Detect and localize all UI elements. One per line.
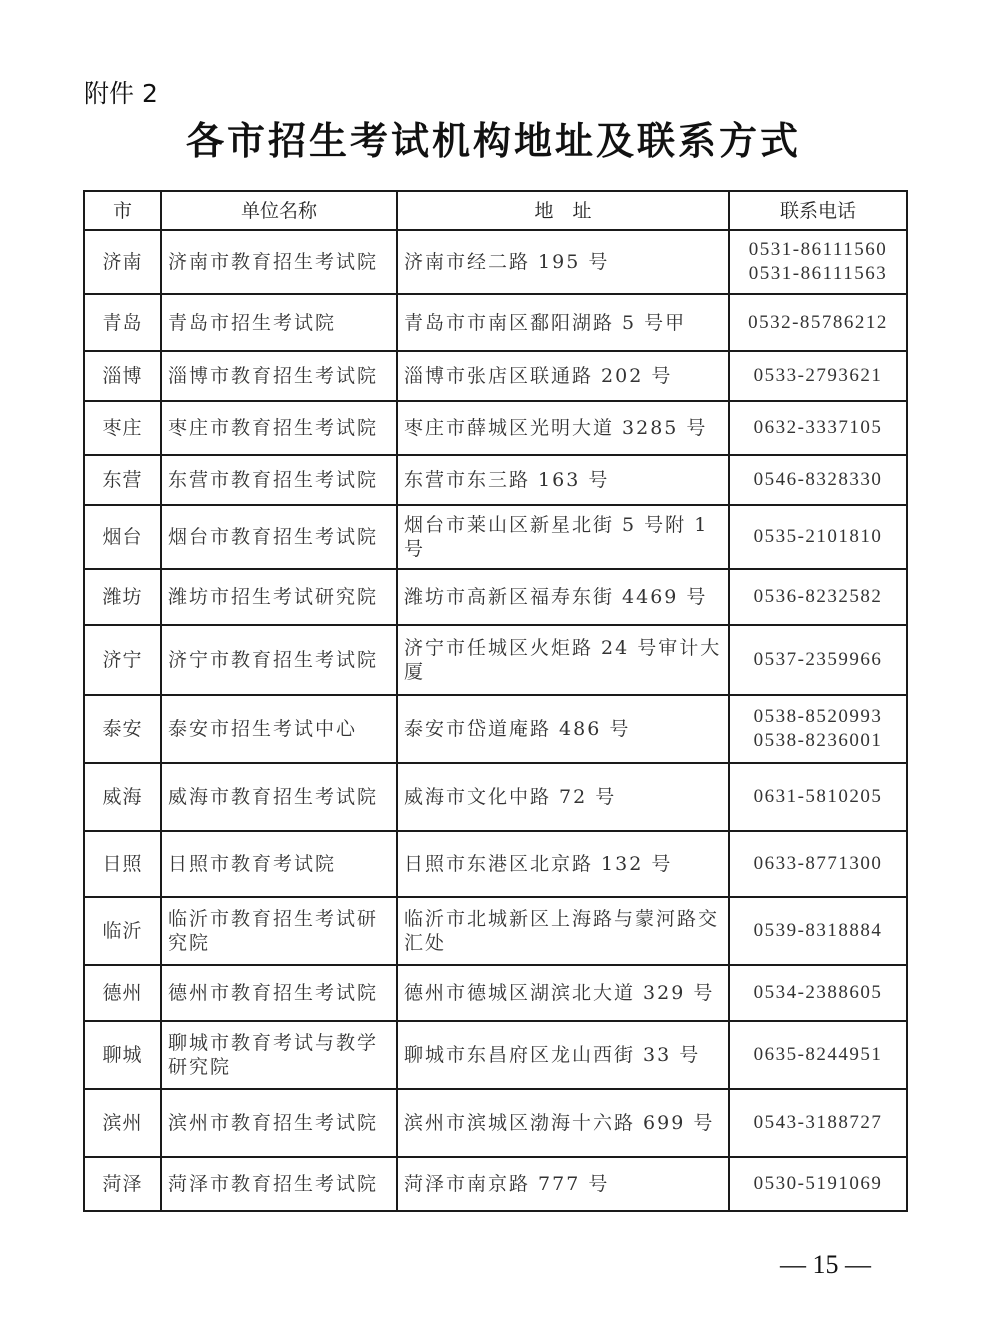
table-row: 东营东营市教育招生考试院东营市东三路 163 号0546-8328330 xyxy=(84,455,907,505)
table-row: 济南济南市教育招生考试院济南市经二路 195 号0531-86111560053… xyxy=(84,230,907,294)
address-cell: 临沂市北城新区上海路与蒙河路交汇处 xyxy=(397,897,729,965)
address-cell: 青岛市市南区鄱阳湖路 5 号甲 xyxy=(397,294,729,351)
city-cell: 青岛 xyxy=(84,294,161,351)
phone-number: 0536-8232582 xyxy=(736,585,900,609)
address-cell: 威海市文化中路 72 号 xyxy=(397,763,729,831)
phone-cell: 0539-8318884 xyxy=(729,897,907,965)
address-cell: 烟台市莱山区新星北街 5 号附 1 号 xyxy=(397,505,729,569)
table-row: 济宁济宁市教育招生考试院济宁市任城区火炬路 24 号审计大厦0537-23599… xyxy=(84,625,907,695)
city-cell: 泰安 xyxy=(84,695,161,763)
table-row: 滨州滨州市教育招生考试院滨州市滨城区渤海十六路 699 号0543-318872… xyxy=(84,1089,907,1157)
city-cell: 临沂 xyxy=(84,897,161,965)
table-row: 聊城聊城市教育考试与教学研究院聊城市东昌府区龙山西街 33 号0635-8244… xyxy=(84,1021,907,1089)
table-row: 威海威海市教育招生考试院威海市文化中路 72 号0631-5810205 xyxy=(84,763,907,831)
page-number: — 15 — xyxy=(780,1250,871,1280)
address-cell: 济南市经二路 195 号 xyxy=(397,230,729,294)
page-title: 各市招生考试机构地址及联系方式 xyxy=(0,110,987,165)
unit-name-cell: 青岛市招生考试院 xyxy=(161,294,397,351)
phone-number: 0533-2793621 xyxy=(736,364,900,388)
unit-name-cell: 菏泽市教育招生考试院 xyxy=(161,1157,397,1211)
city-cell: 东营 xyxy=(84,455,161,505)
address-cell: 济宁市任城区火炬路 24 号审计大厦 xyxy=(397,625,729,695)
phone-cell: 0633-8771300 xyxy=(729,831,907,897)
phone-number: 0530-5191069 xyxy=(736,1172,900,1196)
unit-name-cell: 临沂市教育招生考试研究院 xyxy=(161,897,397,965)
address-cell: 聊城市东昌府区龙山西街 33 号 xyxy=(397,1021,729,1089)
phone-number: 0538-8236001 xyxy=(736,729,900,753)
phone-number: 0632-3337105 xyxy=(736,416,900,440)
table-row: 菏泽菏泽市教育招生考试院菏泽市南京路 777 号0530-5191069 xyxy=(84,1157,907,1211)
unit-name-cell: 济南市教育招生考试院 xyxy=(161,230,397,294)
address-cell: 淄博市张店区联通路 202 号 xyxy=(397,351,729,401)
city-cell: 滨州 xyxy=(84,1089,161,1157)
unit-name-cell: 日照市教育考试院 xyxy=(161,831,397,897)
phone-number: 0546-8328330 xyxy=(736,468,900,492)
address-cell: 东营市东三路 163 号 xyxy=(397,455,729,505)
phone-cell: 0530-5191069 xyxy=(729,1157,907,1211)
header-phone: 联系电话 xyxy=(729,191,907,230)
unit-name-cell: 淄博市教育招生考试院 xyxy=(161,351,397,401)
city-cell: 济南 xyxy=(84,230,161,294)
phone-number: 0537-2359966 xyxy=(736,648,900,672)
phone-cell: 0535-2101810 xyxy=(729,505,907,569)
unit-name-cell: 聊城市教育考试与教学研究院 xyxy=(161,1021,397,1089)
city-cell: 枣庄 xyxy=(84,401,161,455)
city-cell: 烟台 xyxy=(84,505,161,569)
table-row: 烟台烟台市教育招生考试院烟台市莱山区新星北街 5 号附 1 号0535-2101… xyxy=(84,505,907,569)
phone-number: 0531-86111560 xyxy=(736,238,900,262)
city-cell: 济宁 xyxy=(84,625,161,695)
table-row: 淄博淄博市教育招生考试院淄博市张店区联通路 202 号0533-2793621 xyxy=(84,351,907,401)
address-cell: 潍坊市高新区福寿东街 4469 号 xyxy=(397,569,729,625)
attachment-label: 附件 2 xyxy=(84,74,158,110)
phone-cell: 0635-8244951 xyxy=(729,1021,907,1089)
contacts-table: 市 单位名称 地 址 联系电话 济南济南市教育招生考试院济南市经二路 195 号… xyxy=(83,190,908,1212)
unit-name-cell: 烟台市教育招生考试院 xyxy=(161,505,397,569)
phone-number: 0535-2101810 xyxy=(736,525,900,549)
phone-number: 0534-2388605 xyxy=(736,981,900,1005)
city-cell: 威海 xyxy=(84,763,161,831)
unit-name-cell: 德州市教育招生考试院 xyxy=(161,965,397,1021)
table-row: 日照日照市教育考试院日照市东港区北京路 132 号0633-8771300 xyxy=(84,831,907,897)
phone-number: 0531-86111563 xyxy=(736,262,900,286)
table-row: 德州德州市教育招生考试院德州市德城区湖滨北大道 329 号0534-238860… xyxy=(84,965,907,1021)
phone-cell: 0631-5810205 xyxy=(729,763,907,831)
unit-name-cell: 泰安市招生考试中心 xyxy=(161,695,397,763)
city-cell: 菏泽 xyxy=(84,1157,161,1211)
table-row: 潍坊潍坊市招生考试研究院潍坊市高新区福寿东街 4469 号0536-823258… xyxy=(84,569,907,625)
table-row: 临沂临沂市教育招生考试研究院临沂市北城新区上海路与蒙河路交汇处0539-8318… xyxy=(84,897,907,965)
header-address: 地 址 xyxy=(397,191,729,230)
table-header-row: 市 单位名称 地 址 联系电话 xyxy=(84,191,907,230)
address-cell: 日照市东港区北京路 132 号 xyxy=(397,831,729,897)
table-row: 青岛青岛市招生考试院青岛市市南区鄱阳湖路 5 号甲0532-85786212 xyxy=(84,294,907,351)
city-cell: 德州 xyxy=(84,965,161,1021)
address-cell: 德州市德城区湖滨北大道 329 号 xyxy=(397,965,729,1021)
phone-number: 0539-8318884 xyxy=(736,919,900,943)
unit-name-cell: 枣庄市教育招生考试院 xyxy=(161,401,397,455)
unit-name-cell: 济宁市教育招生考试院 xyxy=(161,625,397,695)
address-cell: 菏泽市南京路 777 号 xyxy=(397,1157,729,1211)
phone-cell: 0534-2388605 xyxy=(729,965,907,1021)
phone-number: 0631-5810205 xyxy=(736,785,900,809)
unit-name-cell: 潍坊市招生考试研究院 xyxy=(161,569,397,625)
address-cell: 滨州市滨城区渤海十六路 699 号 xyxy=(397,1089,729,1157)
unit-name-cell: 东营市教育招生考试院 xyxy=(161,455,397,505)
phone-cell: 0532-85786212 xyxy=(729,294,907,351)
unit-name-cell: 滨州市教育招生考试院 xyxy=(161,1089,397,1157)
phone-cell: 0536-8232582 xyxy=(729,569,907,625)
table-row: 泰安泰安市招生考试中心泰安市岱道庵路 486 号0538-85209930538… xyxy=(84,695,907,763)
phone-number: 0532-85786212 xyxy=(736,311,900,335)
header-city: 市 xyxy=(84,191,161,230)
city-cell: 潍坊 xyxy=(84,569,161,625)
city-cell: 淄博 xyxy=(84,351,161,401)
header-unit: 单位名称 xyxy=(161,191,397,230)
phone-cell: 0543-3188727 xyxy=(729,1089,907,1157)
phone-number: 0635-8244951 xyxy=(736,1043,900,1067)
city-cell: 聊城 xyxy=(84,1021,161,1089)
phone-cell: 0538-85209930538-8236001 xyxy=(729,695,907,763)
unit-name-cell: 威海市教育招生考试院 xyxy=(161,763,397,831)
phone-cell: 0531-861115600531-86111563 xyxy=(729,230,907,294)
phone-number: 0543-3188727 xyxy=(736,1111,900,1135)
table-row: 枣庄枣庄市教育招生考试院枣庄市薛城区光明大道 3285 号0632-333710… xyxy=(84,401,907,455)
address-cell: 枣庄市薛城区光明大道 3285 号 xyxy=(397,401,729,455)
address-cell: 泰安市岱道庵路 486 号 xyxy=(397,695,729,763)
phone-cell: 0537-2359966 xyxy=(729,625,907,695)
phone-cell: 0533-2793621 xyxy=(729,351,907,401)
phone-number: 0538-8520993 xyxy=(736,705,900,729)
phone-cell: 0632-3337105 xyxy=(729,401,907,455)
phone-number: 0633-8771300 xyxy=(736,852,900,876)
phone-cell: 0546-8328330 xyxy=(729,455,907,505)
city-cell: 日照 xyxy=(84,831,161,897)
